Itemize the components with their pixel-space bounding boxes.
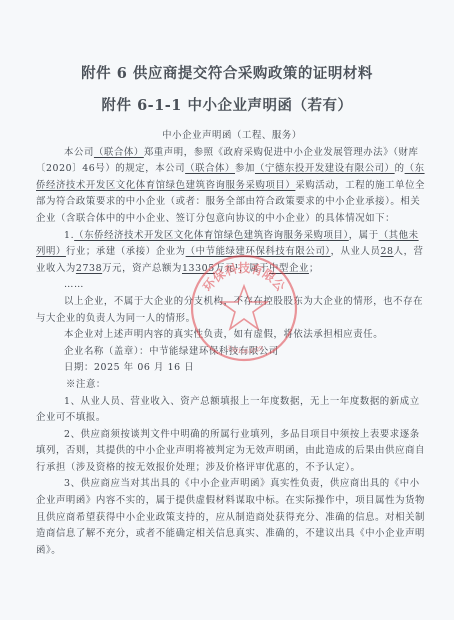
date-value: 2025 年 06 月 16 日: [94, 362, 194, 373]
filled-field: （联合体）: [94, 147, 144, 158]
ellipsis: ……: [36, 277, 428, 294]
assets-field: 13305: [182, 263, 215, 274]
note-2: 2、供应商须按谈判文件中明确的所属行业填列，多品目项目中须按上表要求逐条填列，否…: [36, 427, 428, 477]
project-field: （东侨经济技术开发区文化体育馆绿色建筑咨询服务采购项目）: [74, 230, 349, 241]
letter-title: 中小企业声明函（工程、服务）: [36, 128, 428, 145]
document-subtitle: 附件 6-1-1 中小企业声明函（若有）: [0, 94, 454, 115]
enterprise-item-1: 1.（东侨经济技术开发区文化体育馆绿色建筑咨询服务采购项目），属于（其他未列明）…: [36, 228, 428, 278]
note-3: 3、供应商应当对其出具的《中小企业声明函》真实性负责，供应商出具的《中小企业声明…: [36, 476, 428, 559]
declaration-body: 中小企业声明函（工程、服务） 本公司（联合体）郑重声明，参照《政府采购促进中小企…: [36, 128, 428, 559]
declaration-paragraph-3: 本企业对上述声明内容的真实性负责，如有虚假，将依法承担相应责任。: [36, 327, 428, 344]
text: 参加: [235, 163, 255, 174]
text: ，属于: [349, 230, 379, 241]
date-label: 日期：: [64, 362, 94, 373]
text: 行业；承建（承接）企业为: [66, 246, 186, 257]
text: ，从业人员: [331, 246, 381, 257]
text: 万元¹，属于: [215, 263, 269, 274]
document-title: 附件 6 供应商提交符合采购政策的证明材料: [0, 62, 454, 83]
company-field: （中节能绿建环保科技有限公司）: [186, 246, 331, 257]
notice-label: ※注意：: [36, 377, 428, 394]
company-line: 企业名称（盖章）：中节能绿建环保科技有限公司: [36, 344, 428, 361]
date-line: 日期：2025 年 06 月 16 日: [36, 360, 428, 377]
declaration-paragraph-1: 本公司（联合体）郑重声明，参照《政府采购促进中小企业发展管理办法》（财库〔202…: [36, 145, 428, 228]
revenue-field: 2738: [76, 263, 102, 274]
text: 万元，资产总额为: [102, 263, 182, 274]
enterprise-type-field: 中型企业: [269, 263, 309, 274]
document-page: 附件 6 供应商提交符合采购政策的证明材料 附件 6-1-1 中小企业声明函（若…: [0, 0, 454, 620]
text: 本公司: [64, 147, 94, 158]
declaration-paragraph-2: 以上企业，不属于大企业的分支机构，不存在控股股东为大企业的情形，也不存在与大企业…: [36, 294, 428, 327]
item-number: 1.: [64, 230, 74, 241]
purchaser-field: （宁德东投开发建设有限公司）: [255, 163, 395, 174]
staff-count-field: 28: [380, 246, 393, 257]
note-1: 1、从业人员、营业收入、资产总额填报上一年度数据，无上一年度数据的新成立企业可不…: [36, 394, 428, 427]
text: 的: [395, 163, 405, 174]
company-name: 中节能绿建环保科技有限公司: [149, 346, 279, 357]
text: ；: [309, 263, 319, 274]
company-label: 企业名称（盖章）：: [64, 346, 149, 357]
filled-field: （联合体）: [185, 163, 235, 174]
